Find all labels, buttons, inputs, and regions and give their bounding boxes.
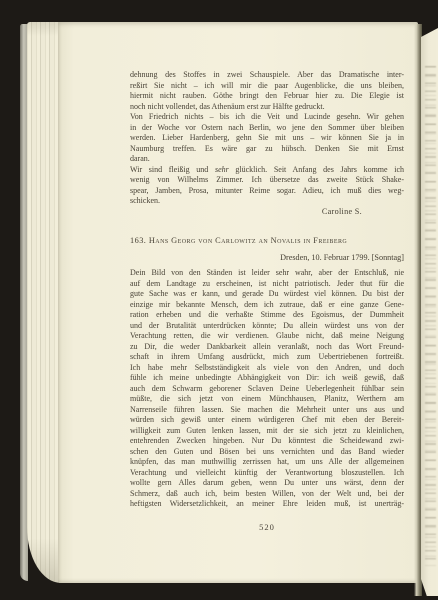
letter-signature: Caroline S. — [130, 207, 404, 218]
page-number: 520 — [130, 522, 404, 532]
text-line: spear, Jamben, Prosa, mitunter Reime sog… — [130, 186, 404, 197]
book-page: dehnung des Stoffes in zwei Schauspiele.… — [58, 22, 418, 583]
text-content: ration erheben und die verhaßte Stimme d… — [130, 310, 404, 319]
text-line: fühle ich meine unbedingte Abhängigkeit … — [130, 373, 404, 384]
text-line: Verachtung und vielleicht künftig der Ve… — [130, 468, 404, 479]
text-line: Verachtung retten, die wir verdienen. Gl… — [130, 331, 404, 342]
text-line: entehrenden Zwecken hingeben. Nur Du kön… — [130, 436, 404, 447]
text-line: wenig von Wilhelms Zimmer. Ich übersetze… — [130, 175, 404, 186]
page-gutter-shadow — [414, 24, 422, 596]
text-line: hiermit nicht rauben. Göthe bringt den F… — [130, 91, 404, 102]
text-content: schaft in ihrem Umfang ausdrückt, mich z… — [130, 352, 404, 361]
text-content: schen den Guten und Bösen bei uns vernic… — [130, 447, 404, 456]
text-line: auch dem Schwarm geborener Sclaven Deine… — [130, 384, 404, 395]
text-line: heftigsten Widersetzlichkeit, an meiner … — [130, 499, 404, 510]
text-column: dehnung des Stoffes in zwei Schauspiele.… — [130, 70, 404, 532]
text-line: noch nicht vollendet, das Athenäum erst … — [130, 102, 404, 113]
text-content: 163. Hans Georg von Carlowitz an Novalis… — [130, 236, 347, 245]
text-content: Verachtung retten, die wir verdienen. Gl… — [130, 331, 404, 340]
text-content: würden sich gewiß unter einem würdigeren… — [130, 415, 404, 424]
text-content: daran. — [130, 154, 150, 163]
text-line: Schmerz, daß auch ich, beim besten Wille… — [130, 489, 404, 500]
text-content: Ich habe mehr Selbstständigkeit als viel… — [130, 363, 404, 372]
text-line: Wir sind fleißig und sehr glücklich. Sei… — [130, 165, 404, 176]
text-content: zu Dir, die weder Dankbarkeit allein ver… — [130, 342, 404, 351]
text-line: Von Friedrich nichts – bis ich die Veit … — [130, 112, 404, 123]
text-content: einzige mir bekannte Mensch, dem ich zut… — [130, 300, 404, 309]
text-content: gute Sache was er kann, und gerade Du wü… — [130, 289, 404, 298]
text-line: Narrenseile führen lassen. Sie machen di… — [130, 405, 404, 416]
text-line: schaft in ihrem Umfang ausdrückt, mich z… — [130, 352, 404, 363]
text-content: Dein Bild von den Ständen ist leider seh… — [130, 268, 404, 277]
text-content: Caroline S. — [322, 207, 362, 216]
text-line: schen den Guten und Bösen bei uns vernic… — [130, 447, 404, 458]
text-line: in der Woche vor Ostern nach Berlin, wo … — [130, 123, 404, 134]
text-content: in der Woche vor Ostern nach Berlin, wo … — [130, 123, 404, 132]
text-line: zu Dir, die weder Dankbarkeit allein ver… — [130, 342, 404, 353]
text-line: ration erheben und die verhaßte Stimme d… — [130, 310, 404, 321]
text-segment: glücklich. Seit Anfang des Jahrs komme i… — [229, 165, 404, 174]
text-content: willigkeit zum Guten lenken lassen, mit … — [130, 426, 404, 435]
text-content: noch nicht vollendet, das Athenäum erst … — [130, 102, 325, 111]
text-line: würden sich gewiß unter einem würdigeren… — [130, 415, 404, 426]
text-content: Narrenseile führen lassen. Sie machen di… — [130, 405, 404, 414]
text-line: gute Sache was er kann, und gerade Du wü… — [130, 289, 404, 300]
text-content: knüpfen, das man muthwillig zerrissen ha… — [130, 457, 404, 466]
facing-page-edge — [421, 28, 438, 596]
facing-page-ghost-text — [425, 66, 436, 566]
text-line: werden. Lieber Hardenberg, gehn Sie mit … — [130, 133, 404, 144]
text-rows: dehnung des Stoffes in zwei Schauspiele.… — [130, 70, 404, 510]
text-line: daran. — [130, 154, 404, 165]
text-line: auf dem Landtage zu erscheinen, ist nich… — [130, 279, 404, 290]
book-scan: dehnung des Stoffes in zwei Schauspiele.… — [0, 0, 438, 600]
text-content: Verachtung und vielleicht künftig der Ve… — [130, 468, 404, 477]
text-line: einzige mir bekannte Mensch, dem ich zut… — [130, 300, 404, 311]
text-line: Naumburg treffen. Es wäre gar zu hübsch.… — [130, 144, 404, 155]
text-line: reßirt Sie nicht – ich will mir die paar… — [130, 81, 404, 92]
italic-word: sehr — [215, 165, 229, 174]
text-content: müßte, die sich jetzt von einem Münchhau… — [130, 394, 404, 403]
text-line: und der Brutalität unterdrücken könnte; … — [130, 321, 404, 332]
text-content: spear, Jamben, Prosa, mitunter Reime sog… — [130, 186, 404, 195]
text-content: schicken. — [130, 196, 160, 205]
text-line: müßte, die sich jetzt von einem Münchhau… — [130, 394, 404, 405]
text-content: wenig von Wilhelms Zimmer. Ich übersetze… — [130, 175, 404, 184]
text-content: werden. Lieber Hardenberg, gehn Sie mit … — [130, 133, 404, 142]
text-content: entehrenden Zwecken hingeben. Nur Du kön… — [130, 436, 404, 445]
text-content: und der Brutalität unterdrücken könnte; … — [130, 321, 404, 330]
text-line: knüpfen, das man muthwillig zerrissen ha… — [130, 457, 404, 468]
text-content: auf dem Landtage zu erscheinen, ist nich… — [130, 279, 404, 288]
text-content: Schmerz, daß auch ich, beim besten Wille… — [130, 489, 404, 498]
text-line: Dein Bild von den Ständen ist leider seh… — [130, 268, 404, 279]
text-line: wollte gern Alles darum geben, wenn Du u… — [130, 478, 404, 489]
text-content: auch dem Schwarm geborener Sclaven Deine… — [130, 384, 404, 393]
text-segment: Wir sind fleißig und — [130, 165, 215, 174]
text-content: Dresden, 10. Februar 1799. [Sonntag] — [280, 253, 404, 262]
letter-heading: 163. Hans Georg von Carlowitz an Novalis… — [130, 236, 404, 247]
text-line: willigkeit zum Guten lenken lassen, mit … — [130, 426, 404, 437]
letter-dateline: Dresden, 10. Februar 1799. [Sonntag] — [130, 253, 404, 264]
text-content: fühle ich meine unbedingte Abhängigkeit … — [130, 373, 404, 382]
text-content: heftigsten Widersetzlichkeit, an meiner … — [130, 499, 404, 508]
text-content: wollte gern Alles darum geben, wenn Du u… — [130, 478, 404, 487]
text-content: reßirt Sie nicht – ich will mir die paar… — [130, 81, 404, 90]
text-content: Naumburg treffen. Es wäre gar zu hübsch.… — [130, 144, 404, 153]
text-content: hiermit nicht rauben. Göthe bringt den F… — [130, 91, 404, 100]
text-content: dehnung des Stoffes in zwei Schauspiele.… — [130, 70, 404, 79]
text-line: dehnung des Stoffes in zwei Schauspiele.… — [130, 70, 404, 81]
text-line: Ich habe mehr Selbstständigkeit als viel… — [130, 363, 404, 374]
text-content: Von Friedrich nichts – bis ich die Veit … — [130, 112, 404, 121]
text-line: schicken. — [130, 196, 404, 207]
